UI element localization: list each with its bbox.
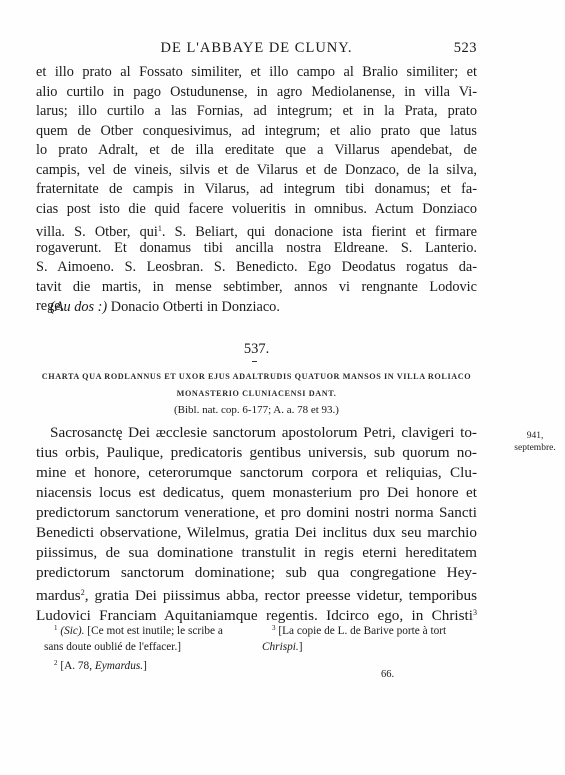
text-line: Sacrosanctę Dei æcclesie sanctorum apost… — [36, 423, 477, 443]
footnote-3-continued: Chrispi.] — [262, 639, 492, 655]
footnote-text: [La copie de L. de Barive porte à tort — [278, 625, 446, 637]
dorsal-note: (Au dos :) Donacio Otberti in Donziaco. — [50, 299, 280, 316]
footnote-1: 1 (Sic). [Ce mot est inutile; le scribe … — [44, 620, 254, 639]
text-segment: mardus — [36, 587, 81, 604]
text-segment: villa. S. Otber, qui — [36, 224, 158, 240]
text-line: Benedicti observatione, Wilelmus, gratia… — [36, 523, 477, 543]
text-line: villa. S. Otber, qui1. S. Beliart, qui d… — [36, 219, 477, 239]
footnote-italic: (Sic). — [60, 625, 84, 637]
footnote-italic: Chrispi. — [262, 641, 299, 653]
text-line: niacensis locus est dedicatus, quem mona… — [36, 483, 477, 503]
text-line: S. Aimoeno. S. Leosbran. S. Benedicto. E… — [36, 258, 477, 278]
footnote-marker: 2 — [54, 659, 58, 667]
text-line: campis, vel de vineis, silvis et de Vila… — [36, 161, 477, 181]
footnote-marker: 3 — [272, 624, 276, 632]
charter-number: 537. — [36, 341, 477, 358]
footnotes-left-column: 1 (Sic). [Ce mot est inutile; le scribe … — [44, 620, 254, 674]
previous-charter-text: et illo prato al Fossato similiter, et i… — [36, 63, 477, 317]
footnote-text: ] — [299, 641, 303, 653]
running-title: DE L'ABBAYE DE CLUNY. — [36, 40, 477, 57]
text-line: tius orbis, Paulique, predicatoris genti… — [36, 443, 477, 463]
footnote-text: [Ce mot est inutile; le scribe a — [84, 625, 222, 637]
text-line: predictorum sanctorum veneratione, et pr… — [36, 503, 477, 523]
margin-date-note: 941, septembre. — [505, 430, 565, 454]
footnote-1-continued: sans doute oublié de l'effacer.] — [44, 639, 254, 655]
margin-year: 941, — [505, 430, 565, 442]
text-line: predictorum sanctorum dominatione; sub q… — [36, 563, 477, 583]
margin-month: septembre. — [505, 442, 565, 454]
charter-title: CHARTA QUA RODLANNUS ET UXOR EJUS ADALTR… — [36, 368, 477, 402]
charter-title-line: MONASTERIO CLUNIACENSI DANT. — [36, 385, 477, 402]
source-reference: (Bibl. nat. cop. 6-177; A. a. 78 et 93.) — [36, 404, 477, 416]
footnotes-right-column: 3 [La copie de L. de Barive porte à tort… — [262, 620, 492, 655]
text-line: fraternitate de campis in Vilarus, ad in… — [36, 180, 477, 200]
text-line: larus; illo curtilo a las Fornias, ad in… — [36, 102, 477, 122]
text-line: mine et honore, ceterorumque sanctorum c… — [36, 463, 477, 483]
divider — [252, 361, 257, 362]
text-line: piissimus, de sua dominatione transtulit… — [36, 543, 477, 563]
charter-title-line: CHARTA QUA RODLANNUS ET UXOR EJUS ADALTR… — [36, 368, 477, 385]
text-line: tavit die martis, in mense sebtimber, an… — [36, 278, 477, 298]
page-number: 523 — [454, 40, 477, 57]
printer-signature-mark: 66. — [381, 669, 394, 680]
text-line: et illo prato al Fossato similiter, et i… — [36, 63, 477, 83]
running-header: DE L'ABBAYE DE CLUNY. 523 — [36, 40, 477, 60]
footnote-italic: Eymardus. — [95, 660, 143, 672]
text-segment: . S. Beliart, qui donacione ista fierint… — [162, 224, 477, 240]
text-line: rogaverunt. Et donamus tibi ancilla nost… — [36, 239, 477, 259]
footnote-ref-3: 3 — [473, 608, 477, 617]
charter-text: Sacrosanctę Dei æcclesie sanctorum apost… — [36, 423, 477, 623]
footnote-marker: 1 — [54, 624, 58, 632]
footnote-3: 3 [La copie de L. de Barive porte à tort — [262, 620, 492, 639]
text-segment: , gratia Dei piissimus abba, rector pree… — [85, 587, 477, 604]
text-line: cias post isto die quid facere volueriti… — [36, 200, 477, 220]
text-line: alio curtilo in pago Ostudunense, in agr… — [36, 83, 477, 103]
text-line: quem de Otber conquesivimus, ad integrum… — [36, 122, 477, 142]
dorsal-text: Donacio Otberti in Donziaco. — [107, 299, 280, 315]
text-line: mardus2, gratia Dei piissimus abba, rect… — [36, 583, 477, 603]
footnote-text: ] — [143, 660, 147, 672]
footnote-text: [A. 78, — [60, 660, 95, 672]
book-page: DE L'ABBAYE DE CLUNY. 523 et illo prato … — [0, 0, 565, 775]
dorsal-label: (Au dos :) — [50, 299, 107, 315]
footnote-2: 2 [A. 78, Eymardus.] — [44, 655, 254, 674]
text-line: lo prato Adralt, et de illa ereditate qu… — [36, 141, 477, 161]
